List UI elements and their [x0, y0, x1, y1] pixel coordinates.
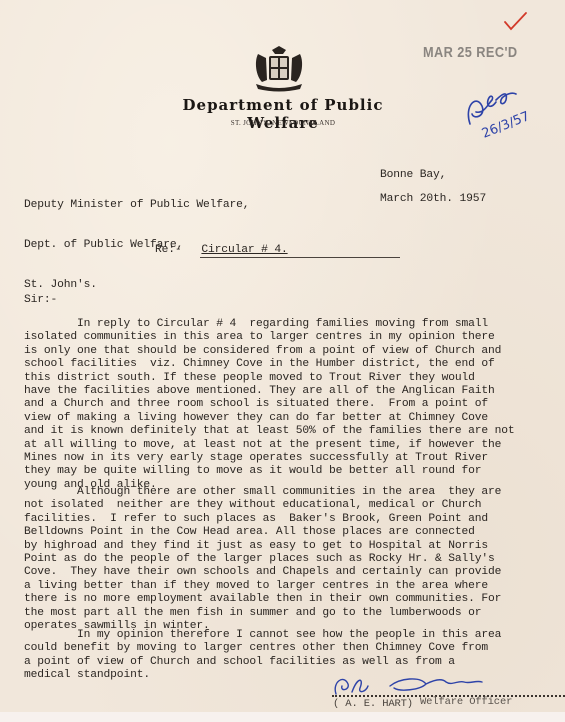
body-paragraph-2: Although there are other small communiti…: [24, 486, 501, 633]
subject-label: Re:-: [155, 244, 182, 256]
check-mark-icon: [502, 10, 528, 32]
recipient-line: Deputy Minister of Public Welfare,: [24, 199, 249, 212]
subject-value: Circular # 4.: [201, 244, 287, 256]
signature-title: Welfare Officer: [420, 696, 512, 709]
body-paragraph-1: In reply to Circular # 4 regarding famil…: [24, 318, 515, 492]
sender-place: Bonne Bay,: [380, 169, 446, 182]
salutation: Sir:-: [24, 294, 57, 307]
letterhead-subtitle: ST. JOHN'S, NEWFOUNDLAND: [148, 119, 418, 127]
handwritten-initials: 26/3/57: [462, 76, 562, 146]
recipient-line: St. John's.: [24, 279, 249, 292]
letter-date: March 20th. 1957: [380, 193, 486, 206]
svg-text:26/3/57: 26/3/57: [480, 109, 532, 142]
received-stamp: MAR 25 REC'D: [423, 44, 518, 61]
coat-of-arms-icon: [250, 46, 308, 92]
signature-name: ( A. E. HART): [333, 698, 413, 711]
subject-line: Re:- Circular # 4.: [155, 244, 288, 257]
subject-underline: [200, 257, 400, 258]
letter-page: Department of Public Welfare ST. JOHN'S,…: [0, 0, 565, 712]
